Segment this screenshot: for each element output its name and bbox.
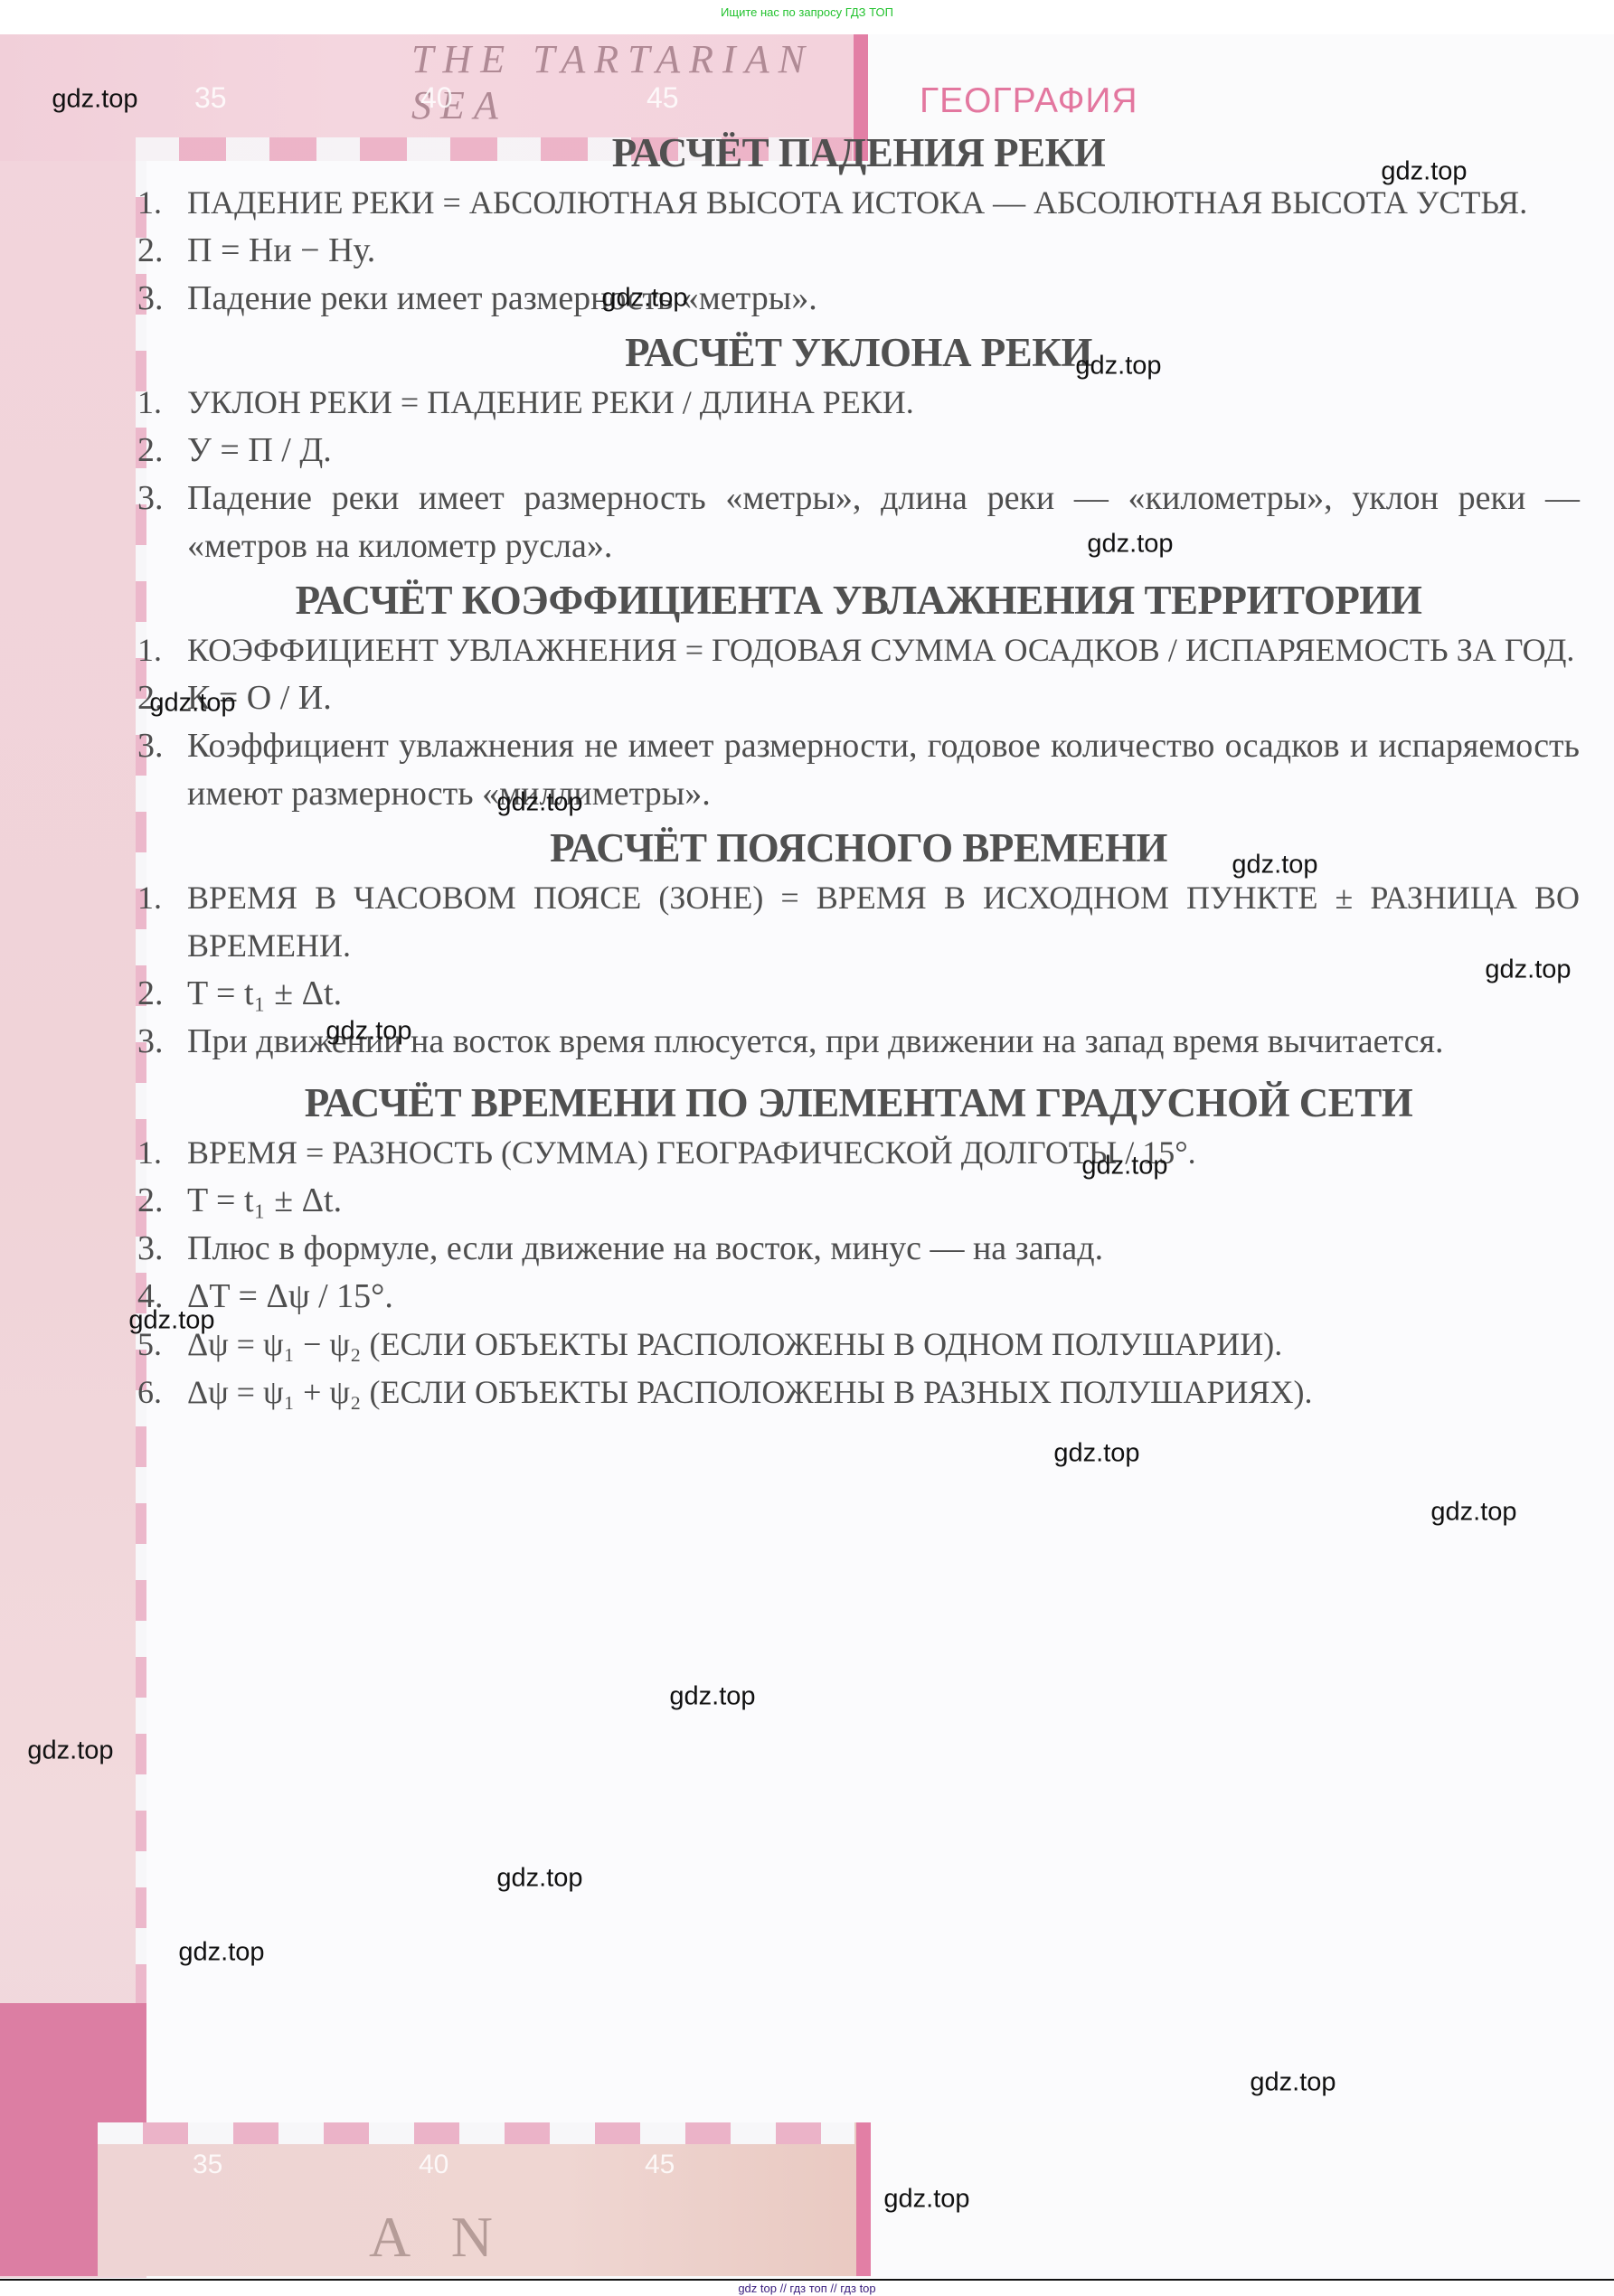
formula-item: 3.Падение реки имеет размерность «метры»… xyxy=(137,475,1580,570)
formula-item: 1.ВРЕМЯ = РАЗНОСТЬ (СУММА) ГЕОГРАФИЧЕСКО… xyxy=(137,1129,1580,1177)
formula-item: 6.Δψ = ψ₁ + ψ₂ (ЕСЛИ ОБЪЕКТЫ РАСПОЛОЖЕНЫ… xyxy=(137,1369,1580,1416)
item-text: Падение реки имеет размерность «метры». xyxy=(187,279,817,317)
item-number: 3. xyxy=(137,1018,164,1066)
formula-list: 1.ВРЕМЯ = РАЗНОСТЬ (СУММА) ГЕОГРАФИЧЕСКО… xyxy=(137,1129,1580,1416)
item-text: Падение реки имеет размерность «метры», … xyxy=(187,479,1580,565)
formula-item: 3.Падение реки имеет размерность «метры»… xyxy=(137,275,1580,323)
item-number: 1. xyxy=(137,179,162,227)
map-degree-label: 35 xyxy=(194,81,227,115)
watermark-text: gdz.top xyxy=(326,1017,411,1047)
item-number: 2. xyxy=(137,1177,164,1225)
formula-section: РАСЧЁТ ПАДЕНИЯ РЕКИ1.ПАДЕНИЕ РЕКИ = АБСО… xyxy=(137,127,1580,323)
formula-item: 1.ПАДЕНИЕ РЕКИ = АБСОЛЮТНАЯ ВЫСОТА ИСТОК… xyxy=(137,179,1580,227)
formula-item: 1.ВРЕМЯ В ЧАСОВОМ ПОЯСЕ (ЗОНЕ) = ВРЕМЯ В… xyxy=(137,874,1580,970)
item-text: Коэффициент увлажнения не имеет размерно… xyxy=(187,727,1580,813)
formula-list: 1.УКЛОН РЕКИ = ПАДЕНИЕ РЕКИ / ДЛИНА РЕКИ… xyxy=(137,379,1580,570)
formula-section: РАСЧЁТ УКЛОНА РЕКИ1.УКЛОН РЕКИ = ПАДЕНИЕ… xyxy=(137,326,1580,570)
formula-item: 2.T = t₁ ± Δt. xyxy=(137,970,1580,1018)
map-decoration-left xyxy=(0,34,146,2278)
watermark-text: gdz.top xyxy=(1430,1498,1516,1528)
watermark-text: gdz.top xyxy=(178,1938,264,1968)
footer-divider xyxy=(0,2279,1614,2281)
watermark-text: gdz.top xyxy=(1081,1152,1167,1181)
watermark-text: gdz.top xyxy=(1087,530,1173,560)
watermark-text: gdz.top xyxy=(1485,955,1571,985)
formula-section: РАСЧЁТ КОЭФФИЦИЕНТА УВЛАЖНЕНИЯ ТЕРРИТОРИ… xyxy=(137,574,1580,818)
item-text: Плюс в формуле, если движение на восток,… xyxy=(187,1229,1103,1267)
section-title: РАСЧЁТ ПАДЕНИЯ РЕКИ xyxy=(137,127,1580,179)
item-number: 1. xyxy=(137,379,162,427)
watermark-text: gdz.top xyxy=(496,788,582,818)
watermark-text: gdz.top xyxy=(27,1736,113,1766)
formula-item: 2.У = П / Д. xyxy=(137,427,1580,475)
item-text: КОЭФФИЦИЕНТ УВЛАЖНЕНИЯ = ГОДОВАЯ СУММА О… xyxy=(187,632,1574,668)
section-title: РАСЧЁТ КОЭФФИЦИЕНТА УВЛАЖНЕНИЯ ТЕРРИТОРИ… xyxy=(137,574,1580,626)
watermark-text: gdz.top xyxy=(883,2185,969,2215)
map-degree-label: 40 xyxy=(419,2150,448,2180)
item-number: 2. xyxy=(137,970,164,1018)
item-text: Δψ = ψ₁ + ψ₂ (ЕСЛИ ОБЪЕКТЫ РАСПОЛОЖЕНЫ В… xyxy=(187,1374,1312,1410)
item-text: П = Hи − Hу. xyxy=(187,231,375,269)
watermark-text: gdz.top xyxy=(669,1682,755,1712)
watermark-text: gdz.top xyxy=(496,1864,582,1894)
item-number: 2. xyxy=(137,227,164,275)
item-number: 3. xyxy=(137,1225,164,1273)
map-sea-label: THE TARTARIAN SEA xyxy=(411,36,868,128)
map-decoration-bottom: 35 40 45 A N xyxy=(98,2122,871,2276)
formula-item: 2.К = О / И. xyxy=(137,674,1580,722)
section-title: РАСЧЁТ УКЛОНА РЕКИ xyxy=(137,326,1580,379)
section-title: РАСЧЁТ ВРЕМЕНИ ПО ЭЛЕМЕНТАМ ГРАДУСНОЙ СЕ… xyxy=(137,1077,1580,1129)
item-number: 3. xyxy=(137,275,164,323)
item-number: 6. xyxy=(137,1369,162,1416)
item-number: 3. xyxy=(137,722,164,770)
item-number: 2. xyxy=(137,427,164,475)
watermark-text: gdz.top xyxy=(1250,2068,1336,2098)
section-title: РАСЧЁТ ПОЯСНОГО ВРЕМЕНИ xyxy=(137,822,1580,874)
item-number: 1. xyxy=(137,1129,162,1177)
formula-section: РАСЧЁТ ВРЕМЕНИ ПО ЭЛЕМЕНТАМ ГРАДУСНОЙ СЕ… xyxy=(137,1077,1580,1416)
watermark-text: gdz.top xyxy=(1232,851,1317,880)
watermark-text: gdz.top xyxy=(1381,157,1467,187)
formula-item: 3.Плюс в формуле, если движение на восто… xyxy=(137,1225,1580,1273)
map-degree-label: 45 xyxy=(647,81,679,115)
pink-edge xyxy=(856,2122,871,2276)
map-degree-label: 40 xyxy=(420,81,453,115)
item-text: T = t₁ ± Δt. xyxy=(187,1181,342,1219)
item-text: У = П / Д. xyxy=(187,431,332,469)
search-banner: Ищите нас по запросу ГДЗ ТОП xyxy=(0,5,1614,19)
watermark-text: gdz.top xyxy=(128,1306,214,1336)
formula-item: 1.КОЭФФИЦИЕНТ УВЛАЖНЕНИЯ = ГОДОВАЯ СУММА… xyxy=(137,626,1580,674)
formula-item: 5.Δψ = ψ₁ − ψ₂ (ЕСЛИ ОБЪЕКТЫ РАСПОЛОЖЕНЫ… xyxy=(137,1321,1580,1369)
formula-item: 4.ΔT = Δψ / 15°. xyxy=(137,1273,1580,1321)
formula-item: 2.T = t₁ ± Δt. xyxy=(137,1177,1580,1225)
formula-content: РАСЧЁТ ПАДЕНИЯ РЕКИ1.ПАДЕНИЕ РЕКИ = АБСО… xyxy=(137,127,1580,1416)
watermark-text: gdz.top xyxy=(1075,352,1161,381)
item-number: 1. xyxy=(137,874,162,922)
scale-bar-bottom xyxy=(98,2122,854,2144)
subject-title: ГЕОГРАФИЯ xyxy=(920,81,1138,121)
footer-text: gdz top // гдз топ // гдз top xyxy=(0,2282,1614,2295)
map-degree-label: 45 xyxy=(645,2150,675,2180)
item-text: ВРЕМЯ = РАЗНОСТЬ (СУММА) ГЕОГРАФИЧЕСКОЙ … xyxy=(187,1134,1196,1171)
item-text: УКЛОН РЕКИ = ПАДЕНИЕ РЕКИ / ДЛИНА РЕКИ. xyxy=(187,384,914,420)
item-text: ПАДЕНИЕ РЕКИ = АБСОЛЮТНАЯ ВЫСОТА ИСТОКА … xyxy=(187,184,1527,221)
item-number: 3. xyxy=(137,475,164,522)
formula-item: 3.Коэффициент увлажнения не имеет размер… xyxy=(137,722,1580,818)
watermark-text: gdz.top xyxy=(601,284,687,314)
item-text: ВРЕМЯ В ЧАСОВОМ ПОЯСЕ (ЗОНЕ) = ВРЕМЯ В И… xyxy=(187,880,1580,964)
formula-list: 1.ПАДЕНИЕ РЕКИ = АБСОЛЮТНАЯ ВЫСОТА ИСТОК… xyxy=(137,179,1580,323)
item-text: T = t₁ ± Δt. xyxy=(187,974,342,1012)
watermark-text: gdz.top xyxy=(1053,1439,1139,1469)
formula-item: 2.П = Hи − Hу. xyxy=(137,227,1580,275)
formula-item: 1.УКЛОН РЕКИ = ПАДЕНИЕ РЕКИ / ДЛИНА РЕКИ… xyxy=(137,379,1580,427)
watermark-text: gdz.top xyxy=(52,85,137,115)
item-number: 1. xyxy=(137,626,162,674)
watermark-text: gdz.top xyxy=(149,689,235,719)
map-region-label: A N xyxy=(369,2204,507,2271)
item-text: ΔT = Δψ / 15°. xyxy=(187,1277,393,1315)
map-degree-label: 35 xyxy=(193,2150,222,2180)
formula-list: 1.КОЭФФИЦИЕНТ УВЛАЖНЕНИЯ = ГОДОВАЯ СУММА… xyxy=(137,626,1580,818)
item-text: Δψ = ψ₁ − ψ₂ (ЕСЛИ ОБЪЕКТЫ РАСПОЛОЖЕНЫ В… xyxy=(187,1326,1282,1362)
